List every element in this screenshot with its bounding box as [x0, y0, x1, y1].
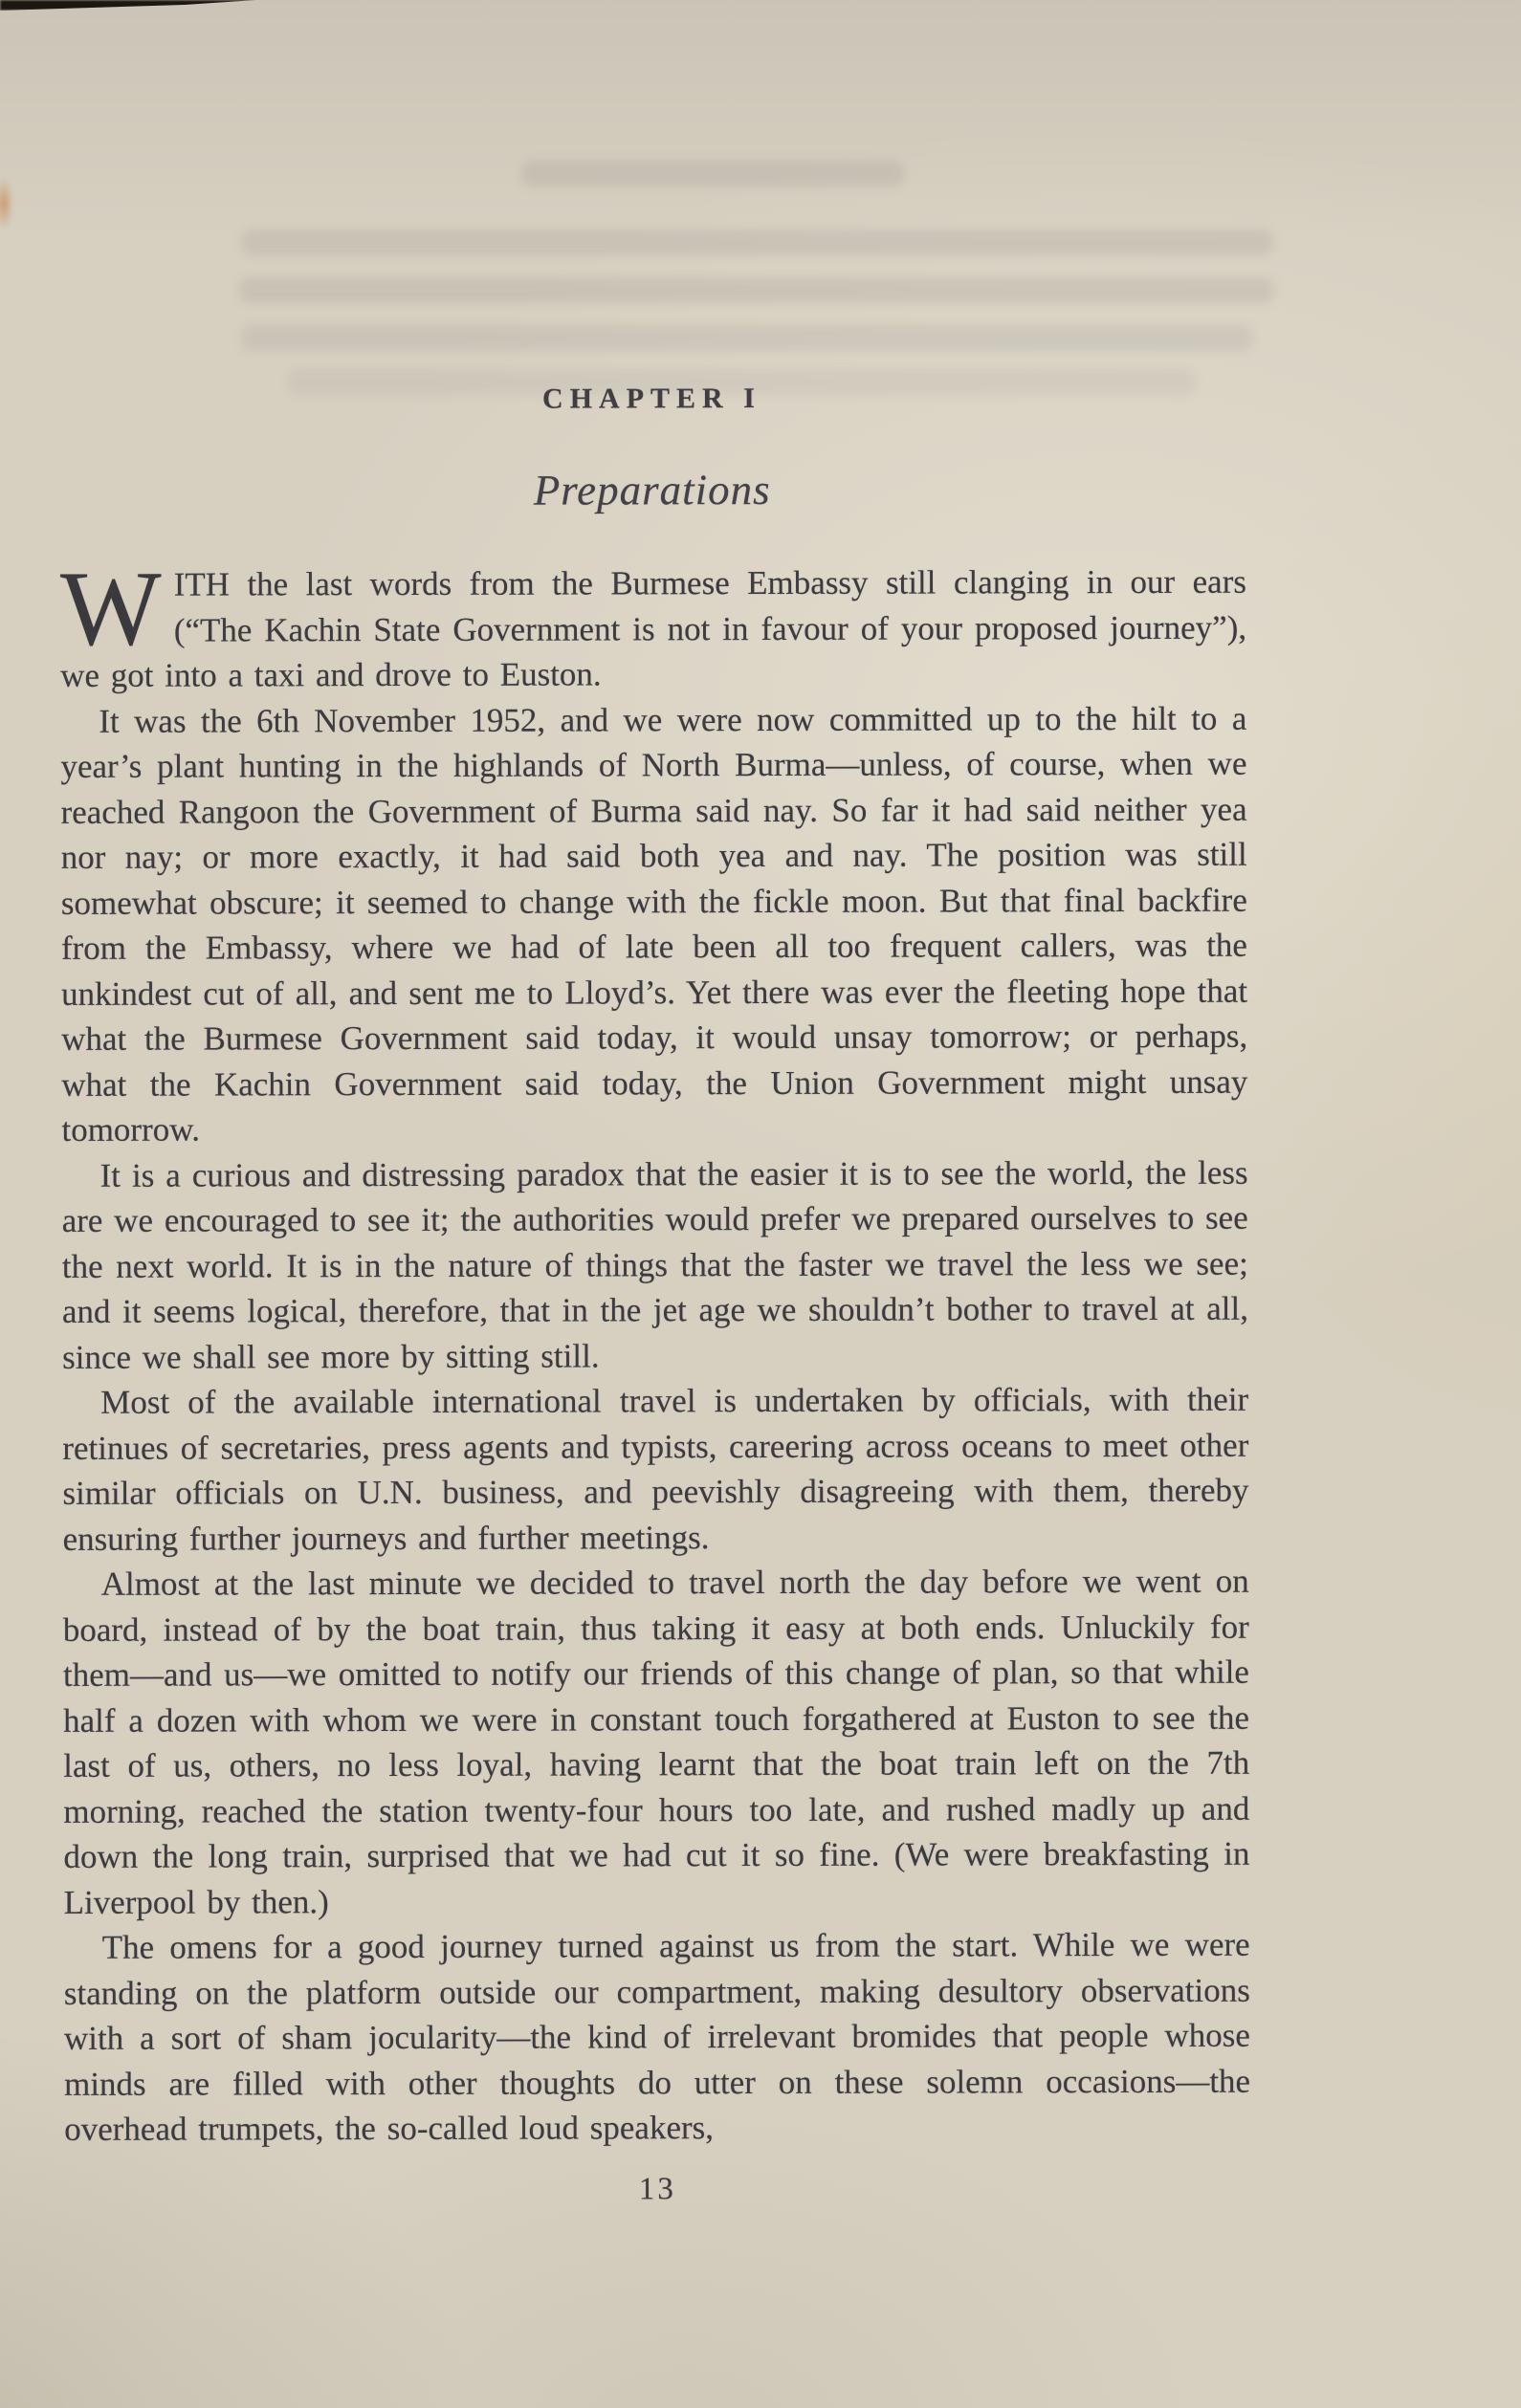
- body-text-column: WITH the last words from the Burmese Emb…: [60, 559, 1251, 2214]
- drop-cap: W: [60, 567, 162, 653]
- paragraph: Most of the available international trav…: [62, 1377, 1248, 1562]
- book-page: CHAPTER I Preparations WITH the last wor…: [0, 0, 1521, 2408]
- paragraph: It was the 6th November 1952, and we wer…: [60, 695, 1247, 1152]
- page-number: 13: [64, 2165, 1250, 2214]
- paragraph: The omens for a good journey turned agai…: [64, 1922, 1251, 2153]
- paragraphs: WITH the last words from the Burmese Emb…: [60, 559, 1250, 2153]
- chapter-title: Preparations: [60, 464, 1245, 516]
- printed-page-content: CHAPTER I Preparations WITH the last wor…: [0, 0, 1521, 2408]
- paragraph: It is a curious and distressing paradox …: [62, 1149, 1249, 1380]
- paragraph: WITH the last words from the Burmese Emb…: [60, 559, 1246, 699]
- paragraph: Almost at the last minute we decided to …: [63, 1559, 1250, 1925]
- chapter-heading: CHAPTER I: [59, 382, 1244, 417]
